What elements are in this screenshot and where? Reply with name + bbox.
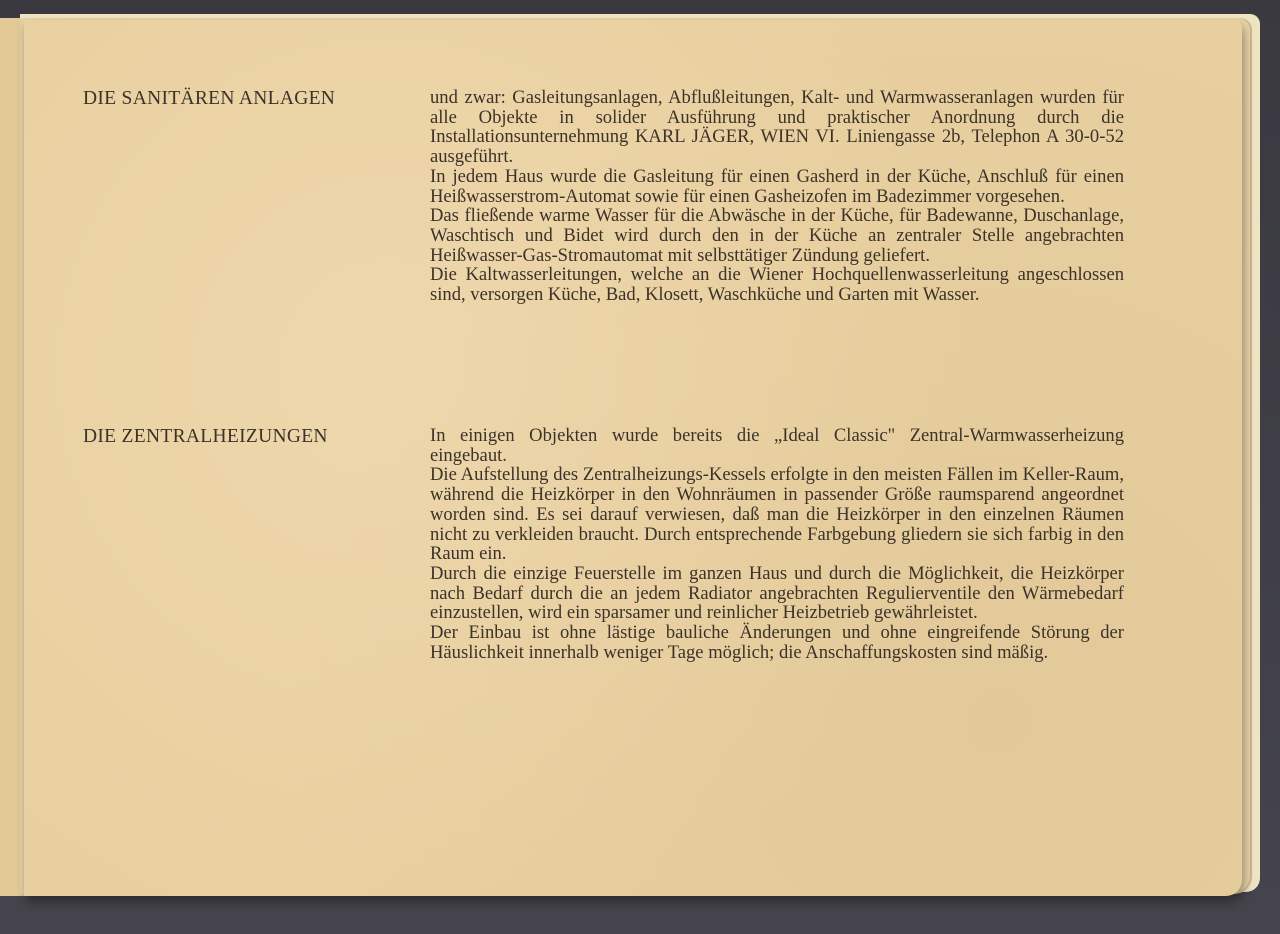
section-heading: DIE SANITÄREN ANLAGEN [83,88,335,110]
paragraph: Das fließende warme Wasser für die Abwäs… [430,206,1124,265]
paragraph: In jedem Haus wurde die Gasleitung für e… [430,167,1124,206]
paragraph: Der Einbau ist ohne lästige bauliche Änd… [430,623,1124,662]
page-content: DIE SANITÄREN ANLAGEN und zwar: Gasleitu… [24,20,1242,896]
scan-background: DIE SANITÄREN ANLAGEN und zwar: Gasleitu… [0,0,1280,934]
paragraph: In einigen Objekten wurde bereits die „I… [430,426,1124,465]
paragraph: Die Kaltwasserleitungen, welche an die W… [430,265,1124,304]
section-body: und zwar: Gasleitungsanlagen, Abflußleit… [430,88,1124,305]
book-page: DIE SANITÄREN ANLAGEN und zwar: Gasleitu… [24,20,1242,896]
section-heading: DIE ZENTRALHEIZUNGEN [83,426,328,448]
paragraph: und zwar: Gasleitungsanlagen, Abflußleit… [430,88,1124,167]
paragraph: Durch die einzige Feuerstelle im ganzen … [430,564,1124,623]
paragraph: Die Aufstellung des Zentralheizungs-Kess… [430,465,1124,564]
section-body: In einigen Objekten wurde bereits die „I… [430,426,1124,662]
